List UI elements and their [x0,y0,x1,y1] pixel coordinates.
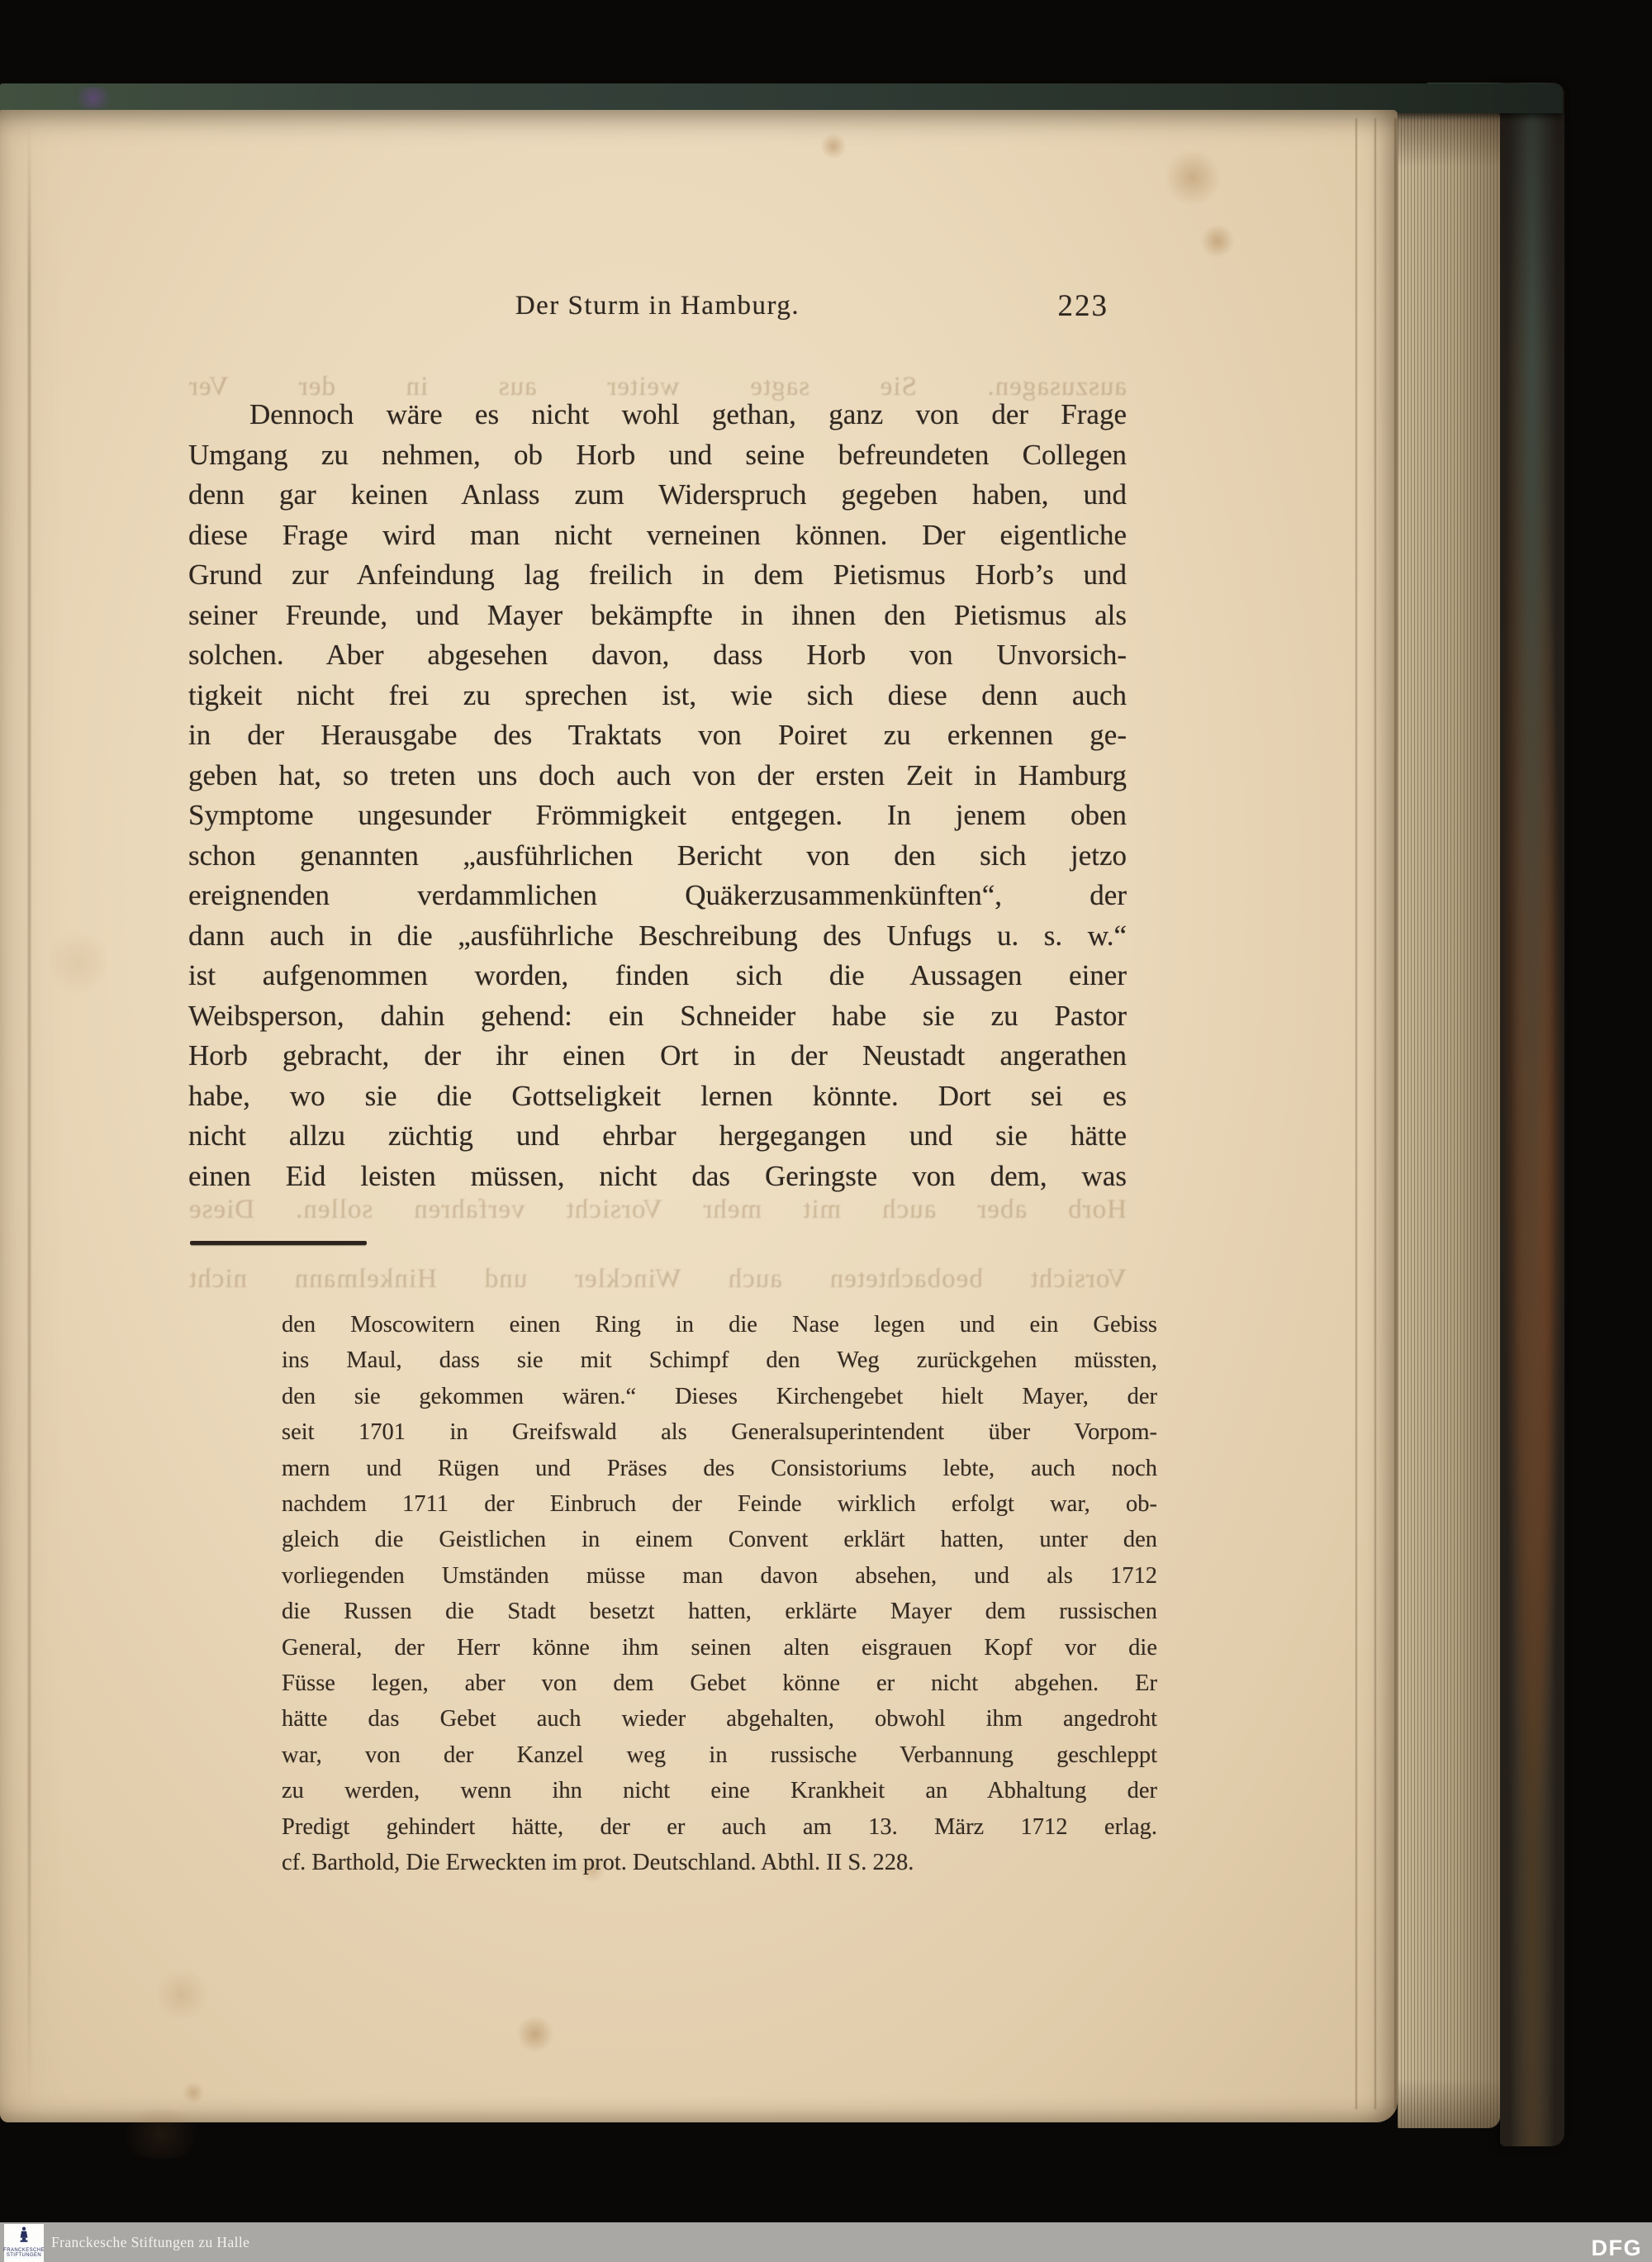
inner-page-edge-line [1374,118,1376,2109]
text-line: Dennoch wäre es nicht wohl gethan, ganz … [188,395,1127,435]
text-line: dann auch in die „ausführliche Beschreib… [188,916,1127,957]
footnote-line: hätte das Gebet auch wieder abgehalten, … [282,1701,1157,1737]
text-line: solchen. Aber abgesehen davon, dass Horb… [188,635,1127,676]
paper-stain [1163,149,1222,207]
footnote-separator-rule [190,1241,367,1245]
footnote-line: General, der Herr könne ihm seinen alten… [282,1630,1157,1666]
text-line: einen Eid leisten müssen, nicht das Geri… [188,1157,1127,1197]
institution-label: Franckesche Stiftungen zu Halle [51,2222,249,2262]
paper-stain [153,1970,211,2020]
text-line: Weibsperson, dahin gehend: ein Schneider… [188,996,1127,1037]
show-through-line: Vorsicht beobachteten auch Winckler und … [188,1262,1127,1295]
text-line: habe, wo sie die Gottseligkeit lernen kö… [188,1076,1127,1117]
text-line: diese Frage wird man nicht verneinen kön… [188,516,1127,556]
footnote-line: war, von der Kanzel weg in russische Ver… [282,1737,1157,1773]
digitization-footer-bar: FRANCKESCHE STIFTUNGEN Franckesche Stift… [0,2222,1652,2262]
footnote-line: vorliegenden Umständen müsse man davon a… [282,1558,1157,1594]
main-text-block: Dennoch wäre es nicht wohl gethan, ganz … [188,395,1127,1196]
text-line: in der Herausgabe des Traktats von Poire… [188,715,1127,756]
footnote-block: den Moscowitern einen Ring in die Nase l… [282,1307,1157,1881]
page-header: Der Sturm in Hamburg. 223 [188,291,1127,334]
text-line: Horb gebracht, der ihr einen Ort in der … [188,1036,1127,1076]
franckesche-stiftungen-logo: FRANCKESCHE STIFTUNGEN [4,2224,44,2262]
text-line: schon genannten „ausführlichen Bericht v… [188,836,1127,877]
text-line: Umgang zu nehmen, ob Horb und seine befr… [188,435,1127,476]
text-line: tigkeit nicht frei zu sprechen ist, wie … [188,676,1127,716]
text-line: Symptome ungesunder Frömmigkeit entgegen… [188,796,1127,836]
inner-page-edge-line [1355,118,1357,2109]
paper-stain [819,134,847,159]
book-cover-marbled-edge [1500,83,1564,2146]
scanned-book-photo: auszusagen. Sie sagte weiter aus in der … [0,0,1652,2262]
page-stack-fore-edge [1398,109,1500,2128]
footnote-line: mern und Rügen und Präses des Consistori… [282,1451,1157,1486]
footnote-line: Füsse legen, aber von dem Gebet könne er… [282,1666,1157,1701]
footnote-line: zu werden, wenn ihn nicht eine Krankheit… [282,1773,1157,1808]
footnote-line: die Russen die Stadt besetzt hatten, erk… [282,1594,1157,1629]
footnote-line: gleich die Geistlichen in einem Convent … [282,1522,1157,1557]
inner-page-edge-line [1394,118,1397,2109]
book-binding-top-edge [0,83,1563,113]
footnote-line: den Moscowitern einen Ring in die Nase l… [282,1307,1157,1342]
binding-purple-spot [71,87,116,109]
footnote-line: nachdem 1711 der Einbruch der Feinde wir… [282,1486,1157,1522]
text-line: seiner Freunde, und Mayer bekämpfte in i… [188,596,1127,636]
show-through-line: Horb aber auch mit mehr Vorsicht verfahr… [188,1193,1127,1226]
paper-stain [1199,225,1236,258]
paper-stain [50,925,107,1000]
logo-caption-line2: STIFTUNGEN [7,2253,41,2258]
footnote-citation-line: cf. Barthold, Die Erweckten im prot. Deu… [282,1845,1157,1880]
dfg-logo: DFG [1592,2236,1643,2261]
footnote-line: Predigt gehindert hätte, der er auch am … [282,1809,1157,1845]
francke-statue-icon [16,2226,32,2248]
footnote-line: ins Maul, dass sie mit Schimpf den Weg z… [282,1342,1157,1378]
text-line: geben hat, so treten uns doch auch von d… [188,756,1127,796]
footnote-line: seit 1701 in Greifswald als Generalsuper… [282,1414,1157,1450]
text-line: Grund zur Anfeindung lag freilich in dem… [188,555,1127,596]
text-line: ereignenden verdammlichen Quäkerzusammen… [188,876,1127,916]
paper-stain [116,2109,206,2159]
text-line: nicht allzu züchtig und ehrbar hergegang… [188,1116,1127,1157]
paper-stain [515,2016,555,2052]
paper-stain [182,2082,205,2103]
footnote-line: den sie gekommen wären.“ Dieses Kircheng… [282,1379,1157,1414]
page-number: 223 [1058,288,1109,324]
page-crease-line [28,126,31,2101]
running-title: Der Sturm in Hamburg. [188,291,1127,321]
text-line: ist aufgenommen worden, finden sich die … [188,956,1127,996]
text-line: denn gar keinen Anlass zum Widerspruch g… [188,475,1127,516]
